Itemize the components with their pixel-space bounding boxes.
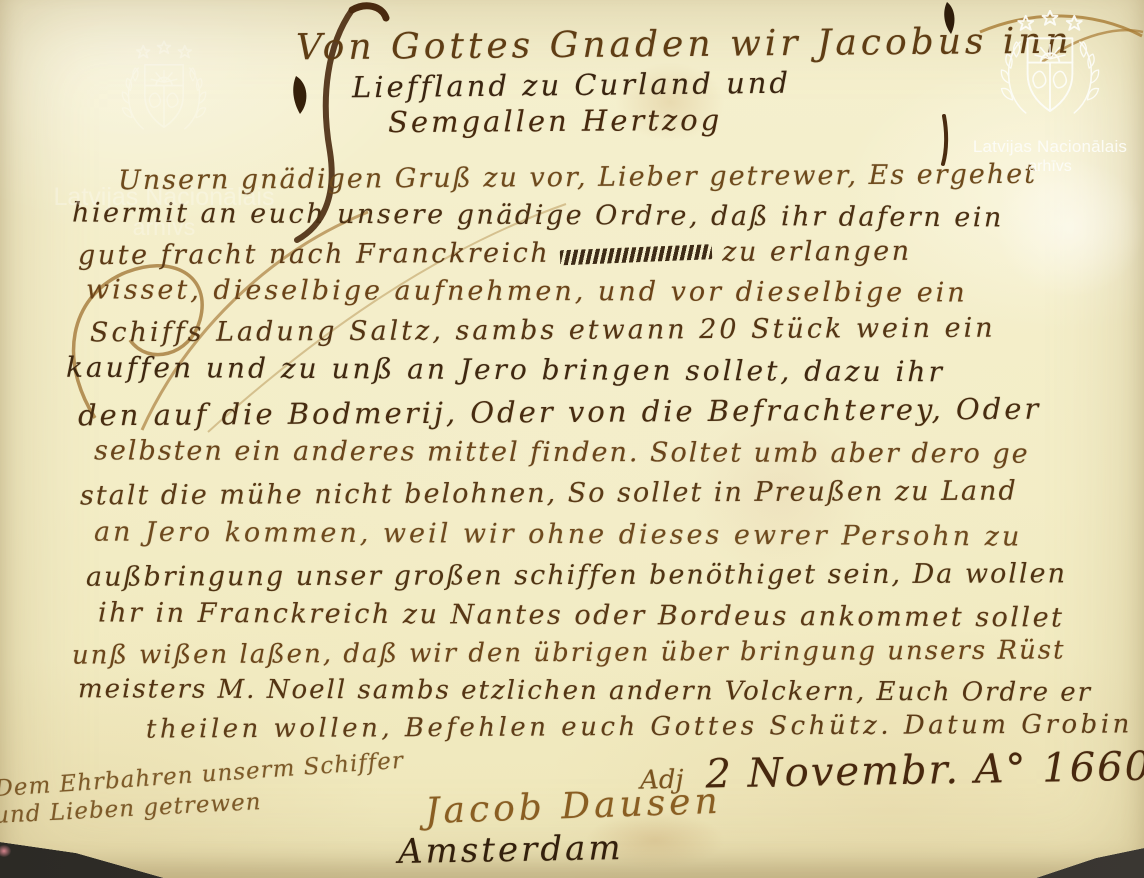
body-line: wisset, dieselbige aufnehmen, und vor di… — [86, 274, 968, 308]
manuscript-scan: Von Gottes Gnaden wir Jacobus inn Lieffl… — [0, 0, 1144, 878]
body-line: außbringung unser großen schiffen benöth… — [86, 558, 1067, 592]
archive-watermark: Latvijas Nacionālais arhīvs — [36, 18, 292, 241]
coat-of-arms-icon — [116, 40, 212, 144]
body-line: kauffen und zu unß an Jero bringen solle… — [66, 351, 945, 389]
dateline-date: 2 Novembr. A° 1660. — [705, 743, 1144, 797]
body-line: unß wißen laßen, daß wir den übrigen übe… — [72, 635, 1066, 670]
archive-name-line-2: arhīvs — [956, 158, 1144, 176]
body-line: den auf die Bodmerij, Oder von die Befra… — [78, 392, 1042, 433]
signature-place: Amsterdam — [398, 828, 624, 872]
heading-line-3: Semgallen Hertzog — [388, 103, 722, 139]
heading-line-2: Lieffland zu Curland und — [352, 66, 791, 105]
coat-of-arms-icon — [994, 10, 1106, 130]
body-line: ihr in Franckreich zu Nantes oder Bordeu… — [98, 597, 1065, 633]
body-line: theilen wollen, Befehlen euch Gottes Sch… — [146, 709, 1133, 744]
body-line: an Jero kommen, weil wir ohne dieses ewr… — [94, 517, 1022, 553]
body-line-text: zu erlangen — [722, 236, 912, 268]
body-line: meisters M. Noell sambs etzlichen andern… — [78, 674, 1092, 708]
body-line: stalt die mühe nicht belohnen, So sollet… — [80, 476, 1018, 512]
watermark-text-line-2: arhīvs — [36, 214, 292, 241]
crossed-out-word — [560, 244, 712, 265]
body-line-text: gute fracht nach Franckreich — [78, 238, 550, 271]
body-line: Schiffs Ladung Saltz, sambs etwann 20 St… — [90, 313, 996, 349]
archive-name-line-1: Latvijas Nacionālais — [956, 137, 1144, 157]
body-line: gute fracht nach Franckreichzu erlangen — [78, 236, 912, 271]
watermark-text-line-1: Latvijas Nacionālais — [36, 183, 292, 212]
paper-speck — [0, 845, 11, 857]
archive-logo: Latvijas Nacionālais arhīvs — [956, 10, 1144, 176]
body-line: selbsten ein anderes mittel finden. Solt… — [94, 435, 1030, 469]
